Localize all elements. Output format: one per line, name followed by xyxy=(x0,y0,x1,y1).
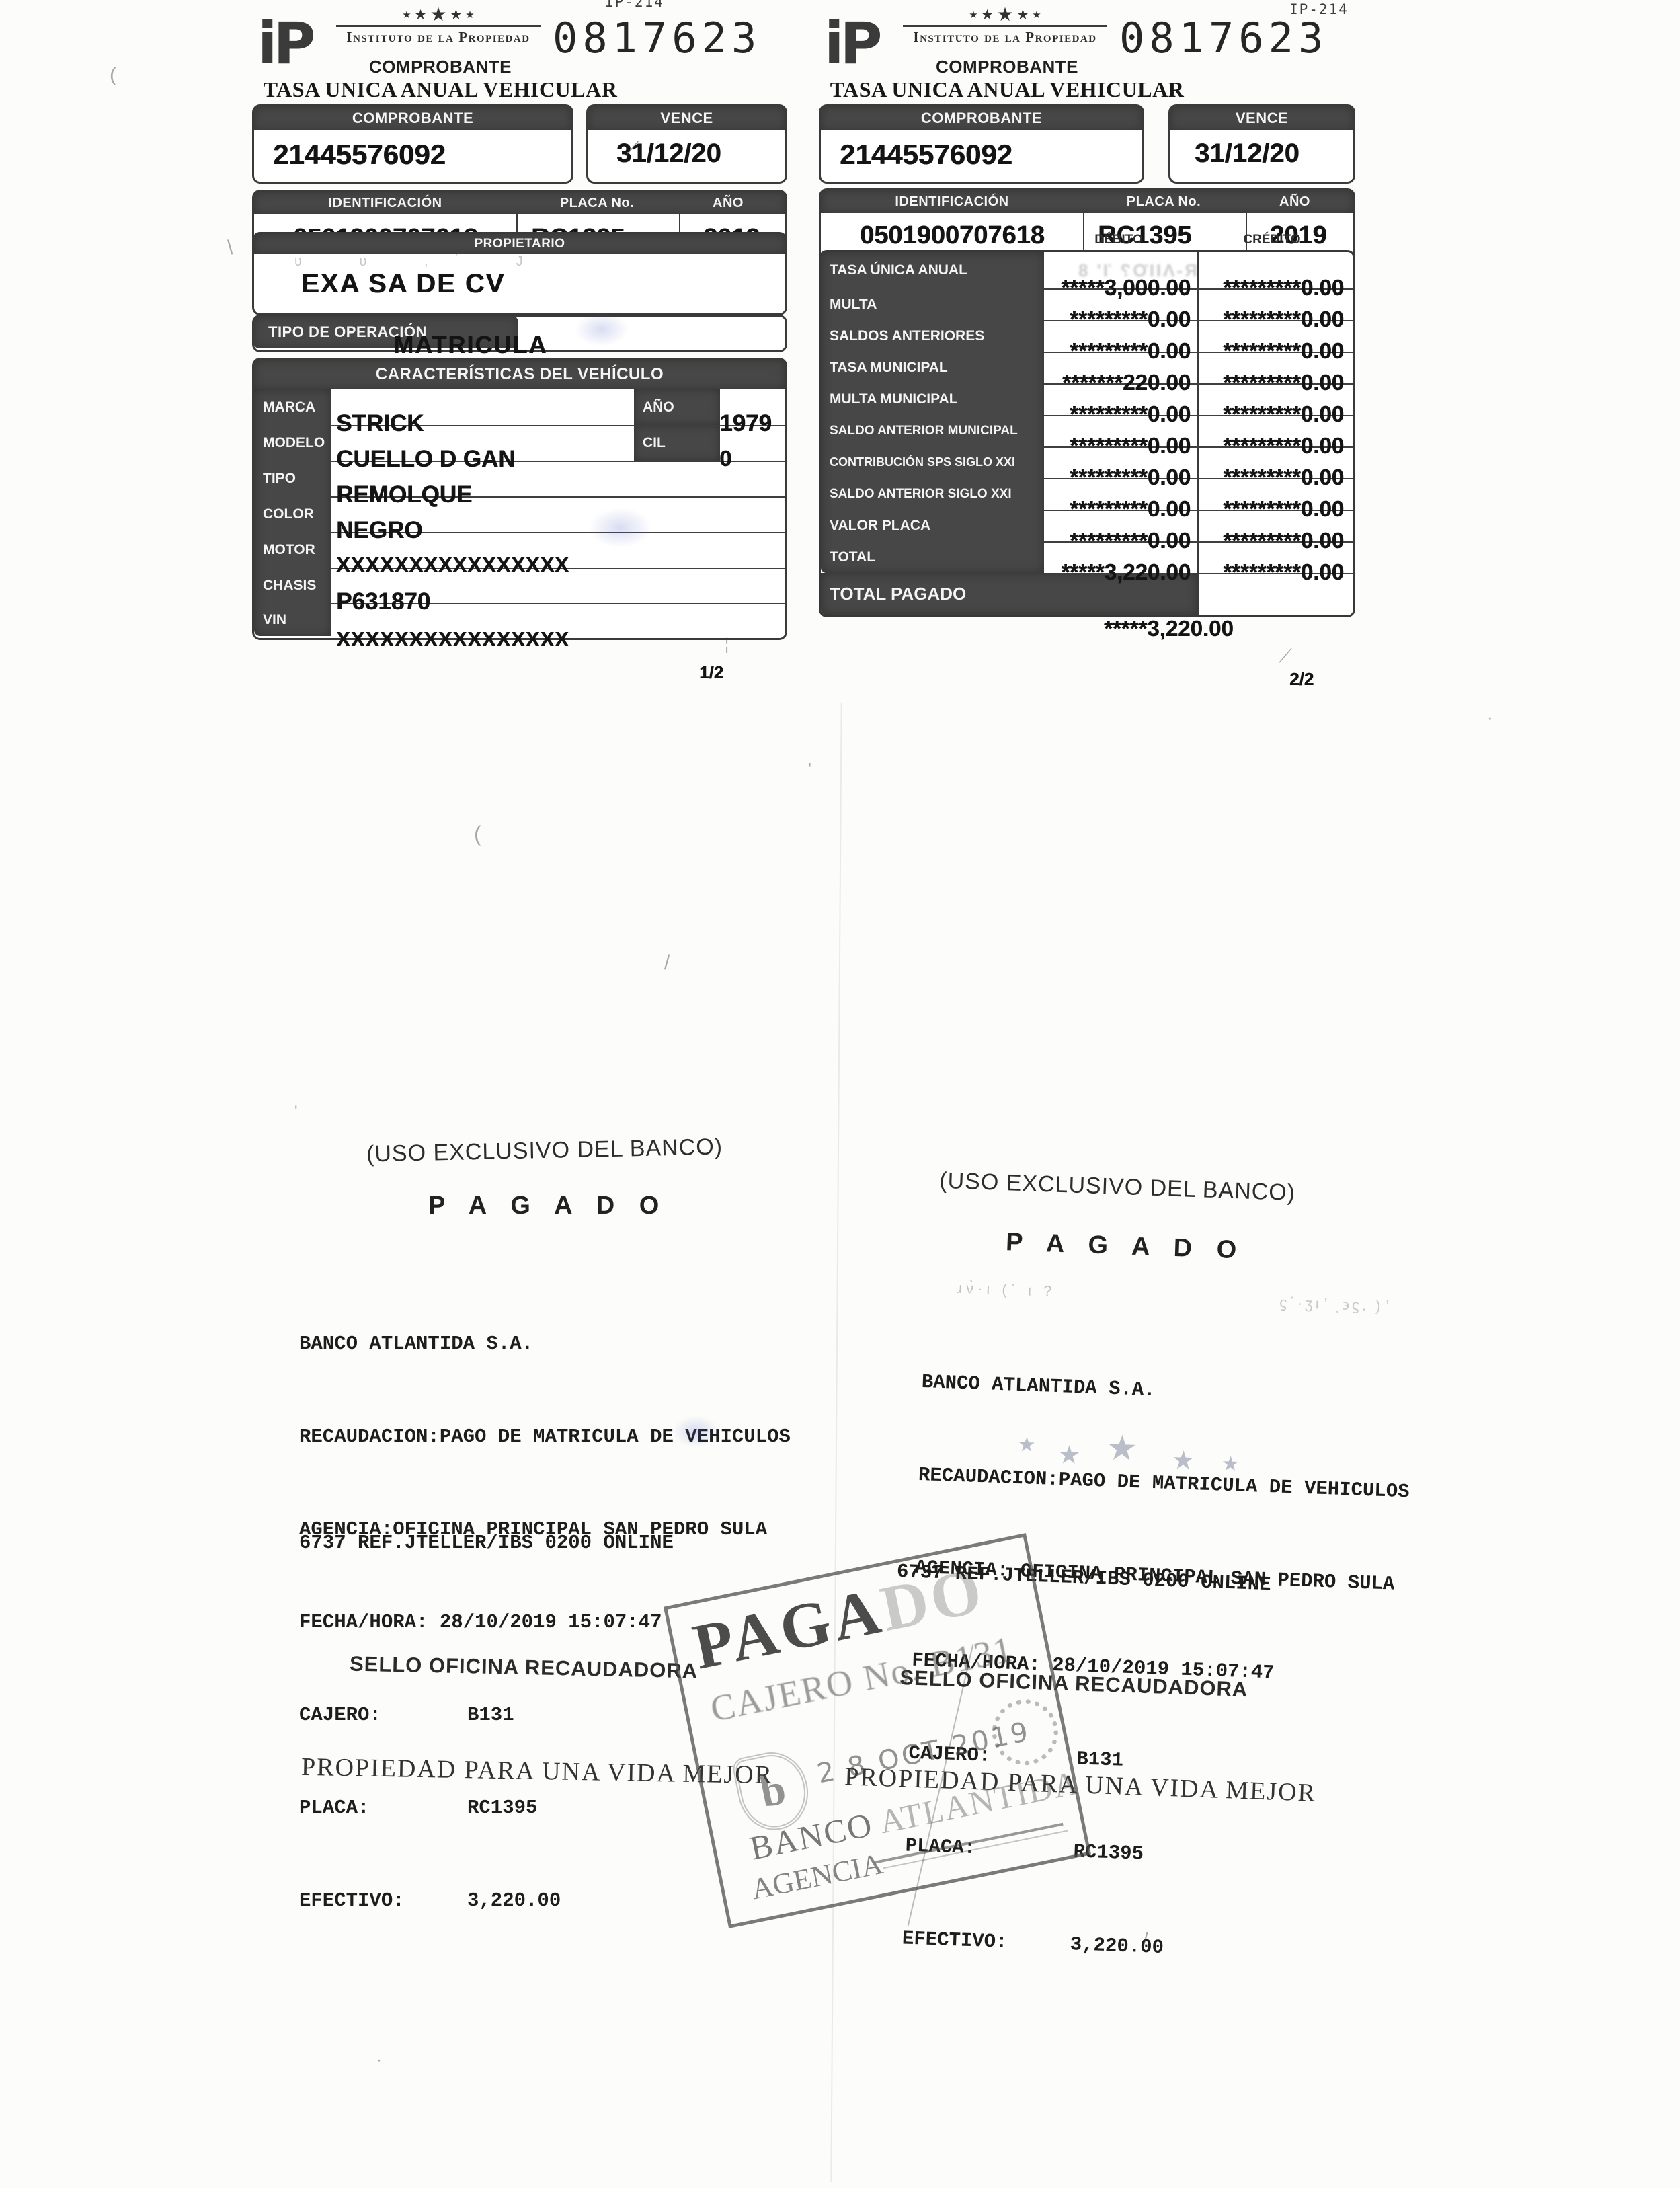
placa-label: PLACA No. xyxy=(516,196,678,211)
star-icon: ★ xyxy=(414,8,427,22)
speck: · xyxy=(376,2051,382,2070)
comprobante-box: COMPROBANTE 21445576092 xyxy=(252,104,573,184)
charge-values: *********0.00*********0.00 xyxy=(1044,496,1349,522)
page-indicator-left: 1/2 xyxy=(699,662,723,683)
identificacion-label: IDENTIFICACIÓN xyxy=(821,194,1083,210)
speck: ( xyxy=(474,822,481,847)
ano-cell-value: 1979 xyxy=(719,410,772,437)
charge-values: *****3,220.00*********0.00 xyxy=(1044,559,1349,585)
charge-values: *********0.00*********0.00 xyxy=(1044,401,1349,427)
debito-value: *********0.00 xyxy=(1070,528,1191,553)
divider xyxy=(903,25,1107,27)
speck: ( xyxy=(110,64,116,87)
vence-value: 31/12/20 xyxy=(1195,139,1299,169)
efectivo-line: EFECTIVO:3,220.00 xyxy=(299,1885,791,1916)
charge-row-label: MULTA MUNICIPAL xyxy=(821,383,1045,415)
debito-value: *********0.00 xyxy=(1070,465,1191,490)
charge-row-label: CONTRIBUCIÓN SPS SIGLO XXI xyxy=(821,446,1045,478)
charge-values: *********0.00*********0.00 xyxy=(1044,528,1349,553)
placa-label: PLACA: xyxy=(299,1793,467,1824)
pagado-text: P A G A D O xyxy=(1005,1228,1246,1265)
charge-row-label: SALDOS ANTERIORES xyxy=(821,320,1045,352)
charge-row-label: TOTAL xyxy=(821,541,1045,573)
charge-row-label: TOTAL PAGADO xyxy=(821,573,1045,615)
efectivo-value: 3,220.00 xyxy=(1070,1929,1164,1963)
comprobante-label: COMPROBANTE xyxy=(254,106,571,130)
credito-header: CRÉDITO xyxy=(1195,233,1349,247)
credito-value: *********0.00 xyxy=(1223,307,1344,332)
marca-value: STRICK xyxy=(336,410,424,437)
doc-title-block: COMPROBANTE TASA UNICA ANUAL VEHICULAR xyxy=(819,56,1195,102)
institute-header: ★ ★ ★ ★ ★ Instituto de la Propiedad xyxy=(897,5,1113,46)
cil-cell-value: 0 xyxy=(719,446,731,471)
ink-smudge xyxy=(672,1415,719,1448)
ano-label: AÑO xyxy=(1244,194,1345,210)
star-watermark-icon: ★ xyxy=(1017,1433,1036,1457)
fold-line xyxy=(830,703,842,2182)
speck: ⟋ xyxy=(1279,646,1292,668)
modelo-label: MODELO xyxy=(254,425,340,461)
star-icon: ★ xyxy=(402,10,411,20)
charge-row-label: TASA ÚNICA ANUAL xyxy=(821,252,1045,288)
ink-smudge xyxy=(575,313,629,346)
color-value: NEGRO xyxy=(336,517,422,544)
charge-values: *****3,000.00*********0.00 xyxy=(1044,275,1349,301)
ink-smudge xyxy=(588,508,652,548)
scanned-document: IP-214 iP ★ ★ ★ ★ ★ Instituto de la Prop… xyxy=(0,0,1680,2188)
bank-name: BANCO ATLANTIDA S.A. xyxy=(921,1367,1413,1415)
placa-value: RC1395 xyxy=(467,1793,537,1824)
modelo-value: CUELLO D GAN xyxy=(336,446,515,473)
propietario-label: PROPIETARIO xyxy=(254,234,785,254)
comprobante-box: COMPROBANTE 21445576092 xyxy=(819,104,1144,184)
identificacion-label: IDENTIFICACIÓN xyxy=(254,196,516,211)
vin-label: VIN xyxy=(254,603,340,636)
marca-label: MARCA xyxy=(254,389,340,425)
charge-values: *********0.00*********0.00 xyxy=(1044,338,1349,364)
doc-title-block: COMPROBANTE TASA UNICA ANUAL VEHICULAR xyxy=(252,56,629,102)
debito-value: *****3,000.00 xyxy=(1061,275,1191,301)
stamp-pagado-faint: DO xyxy=(875,1553,990,1645)
pen-marks: ʋ υ , ̀ J xyxy=(294,254,550,270)
color-label: COLOR xyxy=(254,496,340,532)
charge-values: *********0.00*********0.00 xyxy=(1044,433,1349,459)
star-watermark-icon: ★ xyxy=(1106,1428,1139,1470)
star-icon: ★ xyxy=(981,8,994,22)
divider xyxy=(336,25,541,27)
debito-value: *********0.00 xyxy=(1070,401,1191,427)
speck: ' xyxy=(294,1103,298,1122)
speck: / xyxy=(301,389,307,410)
vehicle-box: CARACTERÍSTICAS DEL VEHÍCULO MARCA MODEL… xyxy=(252,358,787,640)
bank-name: BANCO ATLANTIDA S.A. xyxy=(299,1329,791,1360)
teller-ref-line: 6737 REF.JTELLER/IBS 0200 ONLINE xyxy=(299,1528,674,1559)
efectivo-label: EFECTIVO: xyxy=(299,1885,467,1916)
institute-name: Instituto de la Propiedad xyxy=(897,29,1113,46)
doc-subtitle: COMPROBANTE xyxy=(819,56,1195,77)
speck: / xyxy=(1143,1928,1148,1950)
cajero-label: CAJERO: xyxy=(299,1700,467,1731)
ano-cell-label: AÑO xyxy=(634,389,720,425)
star-icon: ★ xyxy=(969,10,977,20)
propietario-box: PROPIETARIO EXA SA DE CV ʋ υ , ̀ J xyxy=(252,232,787,315)
efectivo-value: 3,220.00 xyxy=(467,1885,561,1916)
propietario-value: EXA SA DE CV xyxy=(301,269,505,299)
identificacion-value: 0501900707618 xyxy=(860,221,1045,250)
credito-value: *********0.00 xyxy=(1223,528,1344,553)
pagado-text: P A G A D O xyxy=(428,1191,668,1220)
placa-label: PLACA No. xyxy=(1083,194,1244,210)
total-final-value: *****3,220.00 xyxy=(1104,616,1234,641)
page-indicator-right: 2/2 xyxy=(1289,669,1314,690)
tipo-value: REMOLQUE xyxy=(336,481,472,508)
tipo-label: TIPO xyxy=(254,461,340,496)
credito-value: *********0.00 xyxy=(1223,496,1344,522)
institute-header: ★ ★ ★ ★ ★ Instituto de la Propiedad xyxy=(331,5,546,46)
recaudacion-line: RECAUDACION:PAGO DE MATRICULA DE VEHICUL… xyxy=(918,1460,1410,1508)
charge-values: *********0.00*********0.00 xyxy=(1044,465,1349,490)
institute-name: Instituto de la Propiedad xyxy=(331,29,546,46)
vence-box: VENCE 31/12/20 xyxy=(1168,104,1355,184)
charges-table: TASA ÚNICA ANUAL MULTA SALDOS ANTERIORES… xyxy=(819,250,1355,617)
debito-value: *********0.00 xyxy=(1070,496,1191,522)
stamp-line xyxy=(883,1830,1068,1869)
doc-title: TASA UNICA ANUAL VEHICULAR xyxy=(819,77,1195,102)
doc-subtitle: COMPROBANTE xyxy=(252,56,629,77)
charge-row-label: SALDO ANTERIOR SIGLO XXI xyxy=(821,478,1045,510)
credito-value: *********0.00 xyxy=(1223,275,1344,301)
vence-box: VENCE 31/12/20 xyxy=(586,104,787,184)
bank-use-only: (USO EXCLUSIVO DEL BANCO) xyxy=(939,1168,1296,1206)
cajero-value: B131 xyxy=(467,1700,514,1731)
serial-number: 0817623 xyxy=(553,13,761,63)
debito-value: *****3,220.00 xyxy=(1061,559,1191,585)
comprobante-value: 21445576092 xyxy=(273,139,446,171)
stamp-bank-faint: ATLANTIDA xyxy=(876,1763,1082,1840)
speck: \ xyxy=(227,237,233,260)
motor-label: MOTOR xyxy=(254,532,340,568)
ano-label: AÑO xyxy=(678,196,778,211)
comprobante-value: 21445576092 xyxy=(840,139,1012,171)
charge-values: *******220.00*********0.00 xyxy=(1044,370,1349,395)
pen-marks: ɹν̀·ι (΄ ι ? xyxy=(957,1280,1055,1300)
pen-marks: ϛ΄·ʒι ̓ ͺ϶ϛ. ) ̓ xyxy=(1279,1294,1390,1315)
doc-title: TASA UNICA ANUAL VEHICULAR xyxy=(252,77,629,102)
credito-value: *********0.00 xyxy=(1223,559,1344,585)
speck: ⟋ xyxy=(625,138,639,161)
star-icon: ★ xyxy=(996,5,1013,24)
charge-row-label: VALOR PLACA xyxy=(821,510,1045,541)
star-icon: ★ xyxy=(465,10,474,20)
credito-value: *********0.00 xyxy=(1223,465,1344,490)
star-icon: ★ xyxy=(450,8,463,22)
vence-label: VENCE xyxy=(588,106,785,130)
vin-value: XXXXXXXXXXXXXXXX xyxy=(336,627,569,652)
star-watermark-icon: ★ xyxy=(1057,1440,1081,1471)
vehicle-title: CARACTERÍSTICAS DEL VEHÍCULO xyxy=(254,360,785,389)
identification-header: IDENTIFICACIÓN PLACA No. AÑO xyxy=(254,192,785,214)
chasis-value: P631870 xyxy=(336,588,430,615)
charge-row-label: MULTA xyxy=(821,288,1045,320)
debito-value: *********0.00 xyxy=(1070,338,1191,364)
charge-row-label: TASA MUNICIPAL xyxy=(821,352,1045,383)
form-code: IP-214 xyxy=(1289,1,1349,17)
speck: ' xyxy=(808,758,811,779)
cil-cell-label: CIL xyxy=(634,425,720,461)
charge-values: *********0.00*********0.00 xyxy=(1044,307,1349,332)
vence-label: VENCE xyxy=(1170,106,1353,130)
comprobante-label: COMPROBANTE xyxy=(821,106,1142,130)
serial-number: 0817623 xyxy=(1119,13,1328,63)
charge-row-label: SALDO ANTERIOR MUNICIPAL xyxy=(821,415,1045,446)
speck: / xyxy=(664,951,670,974)
form-code-clipped: IP-214 xyxy=(605,0,699,10)
speck: · xyxy=(1487,707,1493,728)
credito-value: *********0.00 xyxy=(1223,370,1344,395)
credito-value: *********0.00 xyxy=(1223,433,1344,459)
debito-value: *********0.00 xyxy=(1070,433,1191,459)
star-watermark-icon: ★ xyxy=(1171,1445,1195,1476)
star-icon: ★ xyxy=(1032,10,1041,20)
tipo-operacion-value: MATRICULA xyxy=(393,331,547,359)
debito-header: DÉBITO xyxy=(1042,233,1195,247)
efectivo-label: EFECTIVO: xyxy=(902,1923,1070,1960)
debito-value: *******220.00 xyxy=(1062,370,1191,395)
motor-value: XXXXXXXXXXXXXXXX xyxy=(336,553,569,577)
speck: ¦ xyxy=(725,635,729,654)
star-icon: ★ xyxy=(1016,8,1029,22)
chasis-label: CHASIS xyxy=(254,568,340,603)
debito-value: *********0.00 xyxy=(1070,307,1191,332)
star-watermark-icon: ★ xyxy=(1221,1452,1240,1477)
star-icon: ★ xyxy=(430,5,446,24)
bank-use-only: (USO EXCLUSIVO DEL BANCO) xyxy=(366,1134,723,1167)
credito-value: *********0.00 xyxy=(1223,338,1344,364)
identification-header: IDENTIFICACIÓN PLACA No. AÑO xyxy=(821,190,1353,213)
credito-value: *********0.00 xyxy=(1223,401,1344,427)
stamp-circle-icon xyxy=(986,1693,1064,1771)
